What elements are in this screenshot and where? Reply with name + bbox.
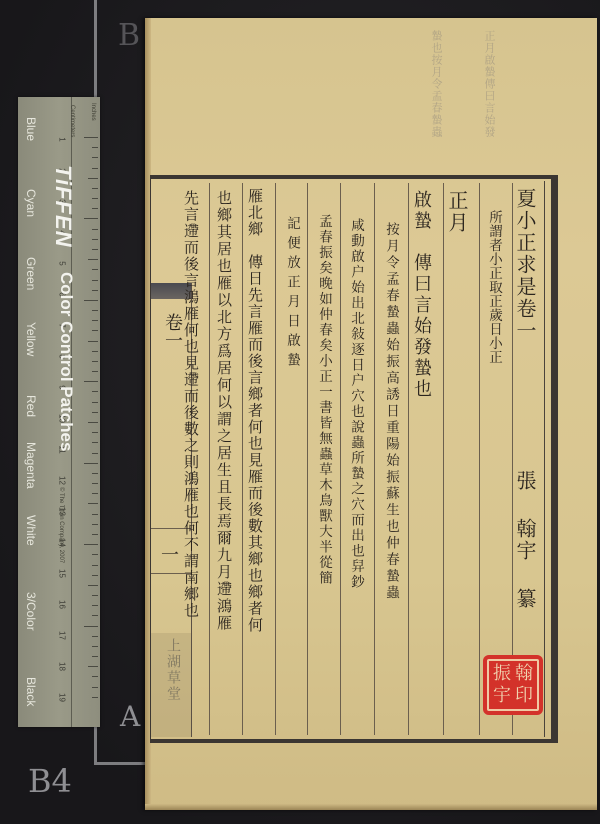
note-column-5: 也鄉其居也雁以北方爲居何以謂之居生且長焉爾九月遰鴻雁: [215, 190, 232, 632]
ruler-tick: [84, 218, 98, 219]
ruler-tick: [92, 239, 98, 240]
seal-char: 印: [513, 685, 535, 707]
ruler-tick: [92, 157, 98, 158]
ruler-tick: [88, 178, 98, 179]
ruler-tick: [88, 422, 98, 423]
patch-label-white: White: [24, 515, 38, 546]
cm-tick-label: 5: [58, 256, 67, 272]
ruler-tick: [92, 371, 98, 372]
strip-copyright: © The Tiffen Company, 2007: [58, 487, 64, 563]
column-rule: [479, 183, 480, 735]
cm-tick-label: 16: [58, 597, 67, 613]
ruler-tick: [92, 453, 98, 454]
ruler-tick: [92, 595, 98, 596]
ruler-tick: [92, 147, 98, 148]
grid-label-b4: B4: [28, 762, 72, 800]
ruler-tick: [92, 565, 98, 566]
note-column-1: 按月令孟春蟄蟲始振高誘日重陽始振蘇生也仲春蟄蟲: [383, 222, 398, 602]
book-title-column: 夏小正求是卷一: [514, 188, 536, 342]
banxin-publisher: 上湖草堂: [163, 638, 183, 702]
cm-tick-label: 17: [58, 628, 67, 644]
ruler-tick: [84, 626, 98, 627]
ruler-tick: [92, 473, 98, 474]
column-rule: [443, 183, 444, 735]
seal-char: 翰: [513, 663, 535, 685]
ruler-tick: [92, 229, 98, 230]
column-rule: [408, 183, 409, 735]
ruler-tick: [84, 463, 98, 464]
cm-tick-label: 19: [58, 690, 67, 706]
note-column-2: 咸動啟户始出北敍逐日户穴也說蟲所蟄之穴而出也舁鈔: [348, 218, 363, 590]
column-rule: [340, 183, 341, 735]
cm-tick-label: 15: [58, 566, 67, 582]
red-collector-seal: 振 翰 宇 印: [483, 655, 543, 715]
ruler-tick: [92, 310, 98, 311]
ruler-tick: [92, 280, 98, 281]
patch-label-green: Green: [24, 257, 38, 290]
ruler-tick: [92, 687, 98, 688]
month-heading: 正月: [446, 190, 468, 234]
column-rule: [307, 183, 308, 735]
ruler-tick: [92, 269, 98, 270]
patch-label-black: Black: [24, 677, 38, 706]
patch-label-yellow: Yellow: [24, 322, 38, 356]
ruler-tick: [92, 320, 98, 321]
ruler-tick: [92, 198, 98, 199]
patch-label-red: Red: [24, 395, 38, 417]
color-control-strip: 12345678910111213141516171819 Centimeter…: [18, 97, 100, 727]
ruler-tick: [92, 534, 98, 535]
ruler-tick: [84, 381, 98, 382]
ruler-tick: [84, 137, 98, 138]
ruler-tick: [92, 330, 98, 331]
ruler-tick: [92, 697, 98, 698]
column-rule: [275, 183, 276, 735]
ruler-tick: [92, 483, 98, 484]
cm-tick-label: 1: [58, 132, 67, 148]
ruler-tick: [88, 503, 98, 504]
bleed-through-text-2: 蟄也按月令孟春蟄蟲: [430, 30, 442, 138]
ruler-tick: [92, 554, 98, 555]
ruler-tick: [92, 646, 98, 647]
note-column-6: 先言遰而後言鴻雁何也見遰而後數之則鴻雁也何不謂南鄉也: [182, 190, 199, 619]
column-rule: [374, 183, 375, 735]
ruler-tick: [92, 605, 98, 606]
ruler-tick: [92, 188, 98, 189]
ruler-tick: [92, 514, 98, 515]
ruler-tick: [88, 341, 98, 342]
patch-label-blue: Blue: [24, 117, 38, 141]
column-rule: [242, 183, 243, 735]
ruler-tick: [92, 493, 98, 494]
patch-label-3color: 3/Color: [24, 592, 38, 631]
patch-label-magenta: Magenta: [24, 442, 38, 489]
ruler-tick: [88, 585, 98, 586]
cm-units-label: Centimeters: [69, 105, 75, 137]
ruler-tick: [88, 666, 98, 667]
inch-units-label: Inches: [90, 103, 96, 121]
seal-char: 宇: [491, 685, 513, 707]
ruler-tick: [92, 391, 98, 392]
column-rule: [209, 183, 210, 735]
ruler-tick: [92, 290, 98, 291]
ruler-tick: [92, 432, 98, 433]
page-edge-bottom: [145, 804, 597, 810]
ruler-tick: [92, 208, 98, 209]
ruler-tick: [92, 575, 98, 576]
ruler-tick: [92, 249, 98, 250]
ruler-tick: [92, 168, 98, 169]
ruler-tick: [92, 676, 98, 677]
strip-title: Color Control Patches: [56, 272, 76, 451]
grid-label-a: A: [120, 700, 140, 733]
note-column-4: 記便放正月日啟蟄: [284, 216, 299, 372]
ruler-tick: [92, 351, 98, 352]
ruler-tick: [88, 259, 98, 260]
ruler-tick: [92, 524, 98, 525]
entry-column-2: 雁北鄉 傳日先言雁而後言鄉者何也見雁而後數其鄉也鄉者何: [246, 188, 263, 634]
ruler-tick: [92, 402, 98, 403]
grid-label-top: B: [118, 18, 140, 53]
tiffen-logo: TiFFEN: [50, 165, 76, 248]
frame-line-horizontal: [94, 762, 146, 765]
ruler-tick: [92, 412, 98, 413]
author-column: 張 翰宇 纂: [514, 470, 536, 610]
ruler-tick: [84, 544, 98, 545]
ruler-tick: [92, 656, 98, 657]
entry-column-1: 啟蟄 傳曰言始發蟄也: [411, 190, 431, 400]
ruler-tick: [92, 442, 98, 443]
ruler-tick: [84, 300, 98, 301]
seal-char: 振: [491, 663, 513, 685]
note-column-3: 孟春振矣晚如仲春矣小正一書皆無蟲草木鳥獸大半從簡: [316, 214, 331, 586]
patch-label-cyan: Cyan: [24, 189, 38, 217]
ruler-tick: [92, 636, 98, 637]
bleed-through-text-1: 正月啟蟄傳曰言始發: [483, 30, 495, 138]
cm-tick-label: 18: [58, 659, 67, 675]
ruler-tick: [92, 361, 98, 362]
ruler-tick: [92, 615, 98, 616]
banxin-page-number: 一: [161, 541, 179, 567]
subtitle-note-column: 所謂者小正取正歲日小正: [486, 210, 501, 364]
